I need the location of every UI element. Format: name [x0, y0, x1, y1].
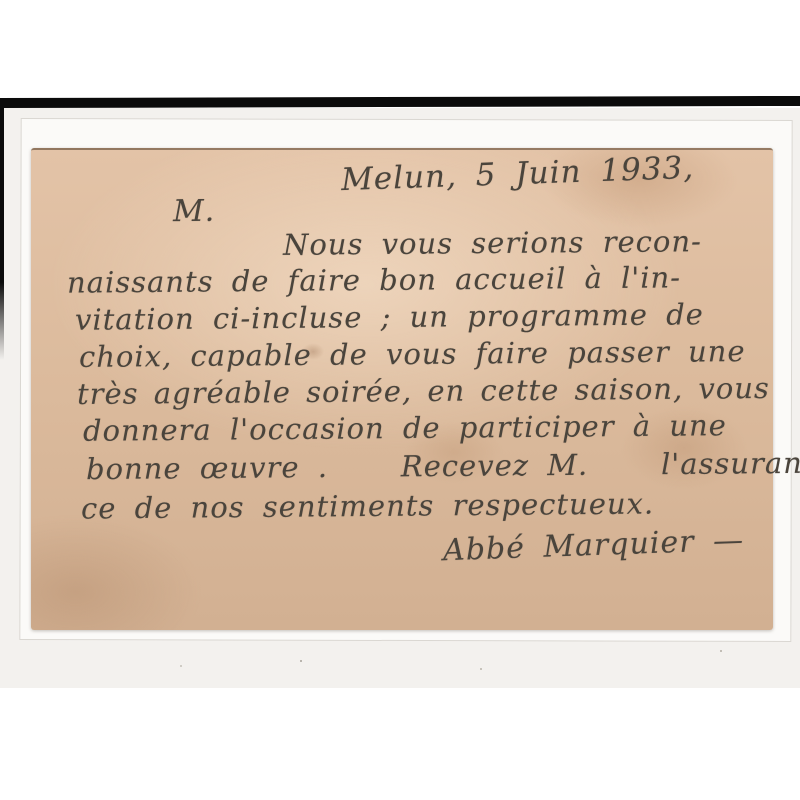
postcard-body-line: choix, capable de vous faire passer une [79, 334, 746, 374]
postcard-body-line: Nous vous serions recon- [283, 224, 702, 262]
postcard-photo: Melun, 5 Juin 1933, M. Nous vous serions… [0, 0, 800, 800]
postcard-body-line: ce de nos sentiments respectueux. [81, 486, 654, 525]
postcard-body-line: donnera l'occasion de participer à une [83, 408, 727, 448]
scan-black-edge-top [0, 96, 800, 108]
postcard-body-line: très agréable soirée, en cette saison, v… [77, 371, 770, 411]
postcard-body-line: bonne œuvre . Recevez M. l'assuran [86, 446, 800, 486]
mat-speckles [300, 660, 302, 662]
postcard-salutation: M. [173, 194, 216, 229]
scan-black-edge-left [0, 100, 4, 360]
postcard-body-line: vitation ci-incluse ; un programme de [75, 297, 704, 336]
postcard-body-line: naissants de faire bon accueil à l'in- [67, 260, 681, 299]
handwritten-postcard: Melun, 5 Juin 1933, M. Nous vous serions… [31, 148, 773, 630]
postcard-signature: Abbé Marquier — [442, 523, 744, 568]
postcard-dateline: Melun, 5 Juin 1933, [340, 150, 694, 198]
